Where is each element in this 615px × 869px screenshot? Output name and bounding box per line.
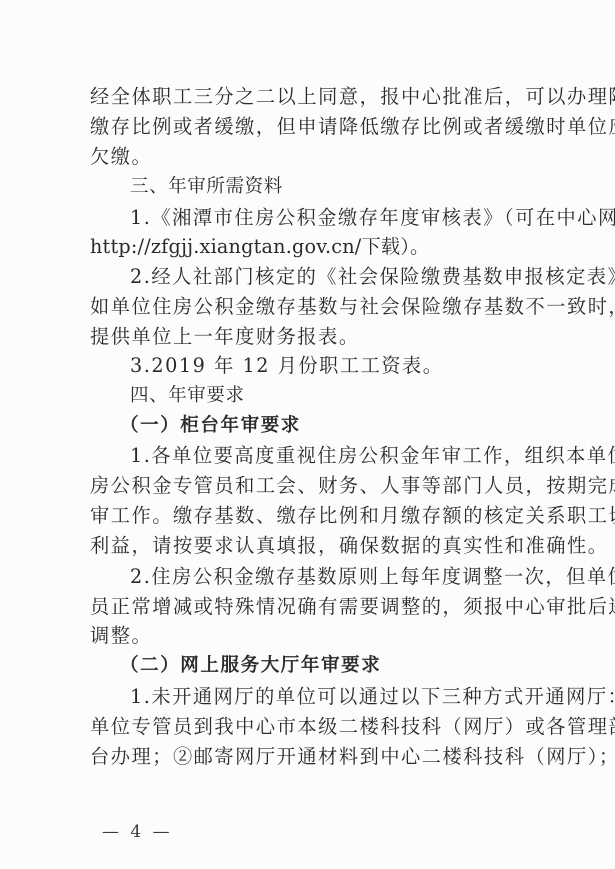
paragraph-line: 员正常增减或特殊情况确有需要调整的，须报中心审批后进行: [90, 592, 530, 622]
paragraph-line: 提供单位上一年度财务报表。: [90, 322, 530, 352]
paragraph-line: 缴存比例或者缓缴，但申请降低缴存比例或者缓缴时单位应无: [90, 112, 530, 142]
paragraph-line: 单位专管员到我中心市本级二楼科技科（网厅）或各管理部柜: [90, 712, 530, 742]
section-heading-required-materials: 三、年审所需资料: [130, 172, 530, 202]
paragraph-line: 如单位住房公积金缴存基数与社会保险缴存基数不一致时，需: [90, 292, 530, 322]
paragraph-line: 台办理；②邮寄网厅开通材料到中心二楼科技科（网厅）；③: [90, 742, 530, 772]
list-item-payroll: 3.2019 年 12 月份职工工资表。: [130, 351, 530, 381]
list-item-counter-2: 2.住房公积金缴存基数原则上每年度调整一次，但单位人: [130, 562, 530, 592]
list-item-audit-form: 1.《湘潭市住房公积金缴存年度审核表》（可在中心网站: [130, 203, 530, 233]
list-item-online-1: 1.未开通网厅的单位可以通过以下三种方式开通网厅：①: [130, 682, 530, 712]
subsection-heading-online-audit: （二）网上服务大厅年审要求: [120, 651, 560, 681]
website-link-text: http://zfgjj.xiangtan.gov.cn/下载）。: [90, 232, 530, 262]
paragraph-line: 房公积金专管员和工会、财务、人事等部门人员，按期完成年: [90, 471, 530, 501]
subsection-heading-counter-audit: （一）柜台年审要求: [120, 411, 560, 441]
paragraph-line: 利益，请按要求认真填报，确保数据的真实性和准确性。: [90, 531, 530, 561]
paragraph-line: 经全体职工三分之二以上同意，报中心批准后，可以办理降低: [90, 82, 530, 112]
document-page: 经全体职工三分之二以上同意，报中心批准后，可以办理降低 缴存比例或者缓缴，但申请…: [0, 0, 615, 869]
paragraph-line: 审工作。缴存基数、缴存比例和月缴存额的核定关系职工切身: [90, 501, 530, 531]
paragraph-line: 调整。: [90, 621, 530, 651]
page-number: — 4 —: [102, 820, 173, 844]
list-item-counter-1: 1.各单位要高度重视住房公积金年审工作，组织本单位住: [130, 441, 530, 471]
section-heading-requirements: 四、年审要求: [130, 381, 530, 411]
list-item-social-insurance-form: 2.经人社部门核定的《社会保险缴费基数申报核定表》，: [130, 262, 530, 292]
paragraph-line: 欠缴。: [90, 142, 530, 172]
